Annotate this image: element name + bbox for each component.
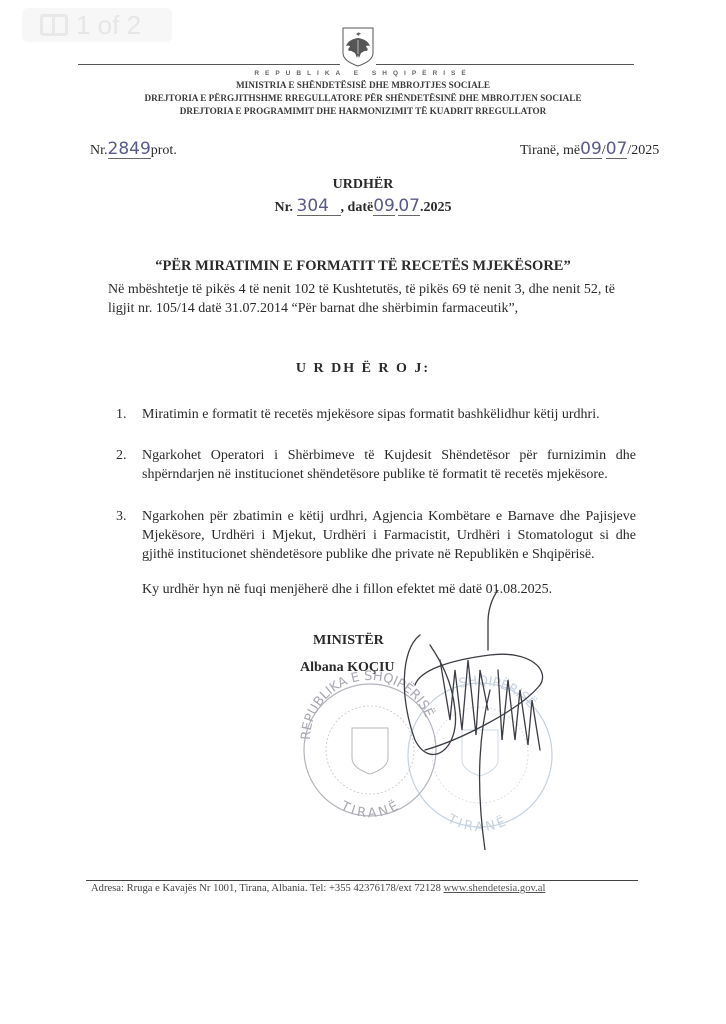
handwritten-signature [404,590,542,850]
effective-date-statement: Ky urdhër hyn në fuqi menjëherë dhe i fi… [142,582,552,598]
decree-item-text: Miratimin e formatit të recetës mjekësor… [142,405,636,424]
order-handwritten-number: 304 [297,197,341,216]
decree-items: 1. Miratimin e formatit të recetës mjekë… [116,405,636,586]
page-indicator: 1 of 2 [22,8,172,42]
letterhead-republic: REPUBLIKA E SHQIPËRISË [0,70,726,77]
footer-rule [86,880,638,881]
footer-website-link[interactable]: www.shendetesia.gov.al [444,883,546,894]
official-stamps-and-signature: REPUBLIKA E SHQIPËRISË TIRANË SHQIPËRISË… [240,590,600,850]
protocol-suffix: prot. [151,143,177,158]
decree-heading: U R DH Ë R O J: [0,361,726,377]
document-title: URDHËR [0,177,726,193]
stamp-left: REPUBLIKA E SHQIPËRISË TIRANË [299,669,437,821]
page-indicator-label: 1 of 2 [76,10,141,41]
decree-item-number: 2. [116,446,142,484]
legal-basis-preamble: Në mbështetje të pikës 4 të nenit 102 të… [108,280,638,318]
order-subject: “PËR MIRATIMIN E FORMATIT TË RECETËS MJE… [0,258,726,275]
decree-item: 3. Ngarkohen për zbatimin e këtij urdhri… [116,507,636,564]
order-date-month: 07 [398,197,420,216]
place-date: Tiranë, më09/07/2025 [520,140,659,159]
decree-item: 1. Miratimin e formatit të recetës mjekë… [116,405,636,424]
signatory-title: MINISTËR [313,633,384,649]
decree-item: 2. Ngarkohet Operatori i Shërbimeve të K… [116,446,636,484]
header-rule-right [376,64,634,65]
place-date-prefix: Tiranë, më [520,143,580,158]
letterhead-ministry: MINISTRIA E SHËNDETËSISË DHE MBROJTJES S… [0,80,726,90]
stamp-right: SHQIPËRISË TIRANË [408,674,552,835]
order-number-line: Nr. 304, datë09.07.2025 [0,197,726,216]
signatory-name: Albana KOÇIU [300,660,395,676]
letterhead-directorate-general: DREJTORIA E PËRGJITHSHME RREGULLATORE PË… [0,93,726,103]
order-no-prefix: Nr. [275,200,294,215]
albanian-coat-of-arms-icon [342,27,374,67]
order-date-year: .2025 [420,200,452,215]
pages-icon [40,14,68,36]
decree-item-text: Ngarkohet Operatori i Shërbimeve të Kujd… [142,446,636,484]
place-date-month: 07 [606,140,628,159]
order-date-prefix: , datë [341,200,374,215]
footer-contact: Adresa: Rruga e Kavajës Nr 1001, Tirana,… [91,883,545,894]
svg-text:REPUBLIKA E SHQIPËRISË: REPUBLIKA E SHQIPËRISË [299,669,437,740]
decree-item-number: 1. [116,405,142,424]
place-date-day: 09 [580,140,602,159]
place-date-year: /2025 [627,143,659,158]
svg-text:TIRANË: TIRANË [337,797,403,822]
decree-item-text: Ngarkohen për zbatimin e këtij urdhri, A… [142,507,636,564]
decree-item-number: 3. [116,507,142,564]
footer-address: Adresa: Rruga e Kavajës Nr 1001, Tirana,… [91,883,444,894]
svg-text:TIRANË: TIRANË [444,811,511,835]
protocol-number: Nr.2849prot. [90,140,177,159]
svg-text:SHQIPËRISË: SHQIPËRISË [457,674,539,711]
header-rule-left [78,64,340,65]
letterhead-directorate: DREJTORIA E PROGRAMIMIT DHE HARMONIZIMIT… [0,106,726,116]
protocol-prefix: Nr. [90,143,108,158]
order-date-day: 09 [373,197,395,216]
protocol-handwritten-number: 2849 [108,140,151,159]
